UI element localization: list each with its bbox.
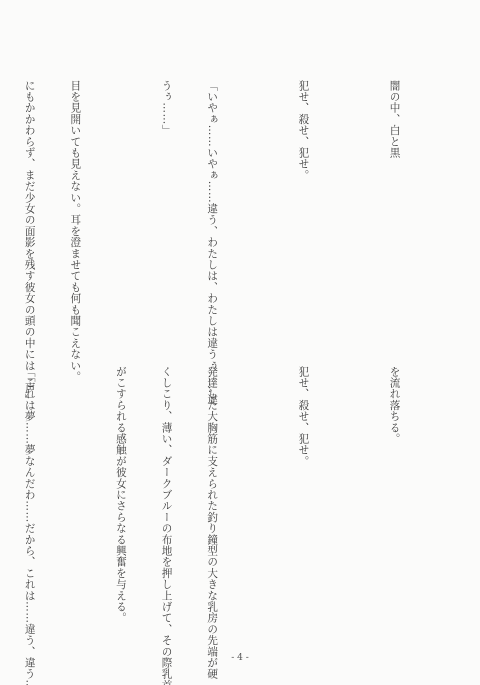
text-line (250, 80, 265, 370)
text-line: うぅ……」 (158, 80, 173, 370)
text-line (67, 366, 82, 651)
text-line: を流れ落ちる。 (386, 366, 401, 651)
lower-text-block: を流れ落ちる。 犯せ、殺せ、犯せ。 発達した大胸筋に支えられた釣り鐘型の大きな乳… (0, 366, 432, 651)
text-line: 発達した大胸筋に支えられた釣り鐘型の大きな乳房の先端が硬 (204, 366, 219, 651)
text-line: 闇の中、白と黒 (386, 80, 401, 370)
upper-text-block: 闇の中、白と黒 犯せ、殺せ、犯せ。 「いやぁ……いやぁ……違う、わたしは、わたし… (0, 80, 432, 370)
text-line: 犯せ、殺せ、犯せ。 (295, 80, 310, 370)
text-line: 「これは夢……夢なんだわ……だから、これは……違う、違う… (22, 366, 37, 651)
text-line: がこすられる感触が彼女にさらなる興奮を与える。 (113, 366, 128, 651)
text-line: くしこり、薄い、ダークブルーの布地を押し上げて、その際乳首 (158, 366, 173, 651)
text-line: 犯せ、殺せ、犯せ。 (295, 366, 310, 651)
text-line (113, 80, 128, 370)
text-line: 「いやぁ……いやぁ……違う、わたしは、わたしは違うぅ……違 (204, 80, 219, 370)
text-line (341, 366, 356, 651)
text-line: 目を見開いても見えない。耳を澄ませても何も聞こえない。 (67, 80, 82, 370)
text-line (250, 366, 265, 651)
text-line: にもかかわらず、まだ少女の面影を残す彼女の頭の中には「声」 (22, 80, 37, 370)
text-line (341, 80, 356, 370)
page-number: - 4 - (0, 653, 480, 663)
